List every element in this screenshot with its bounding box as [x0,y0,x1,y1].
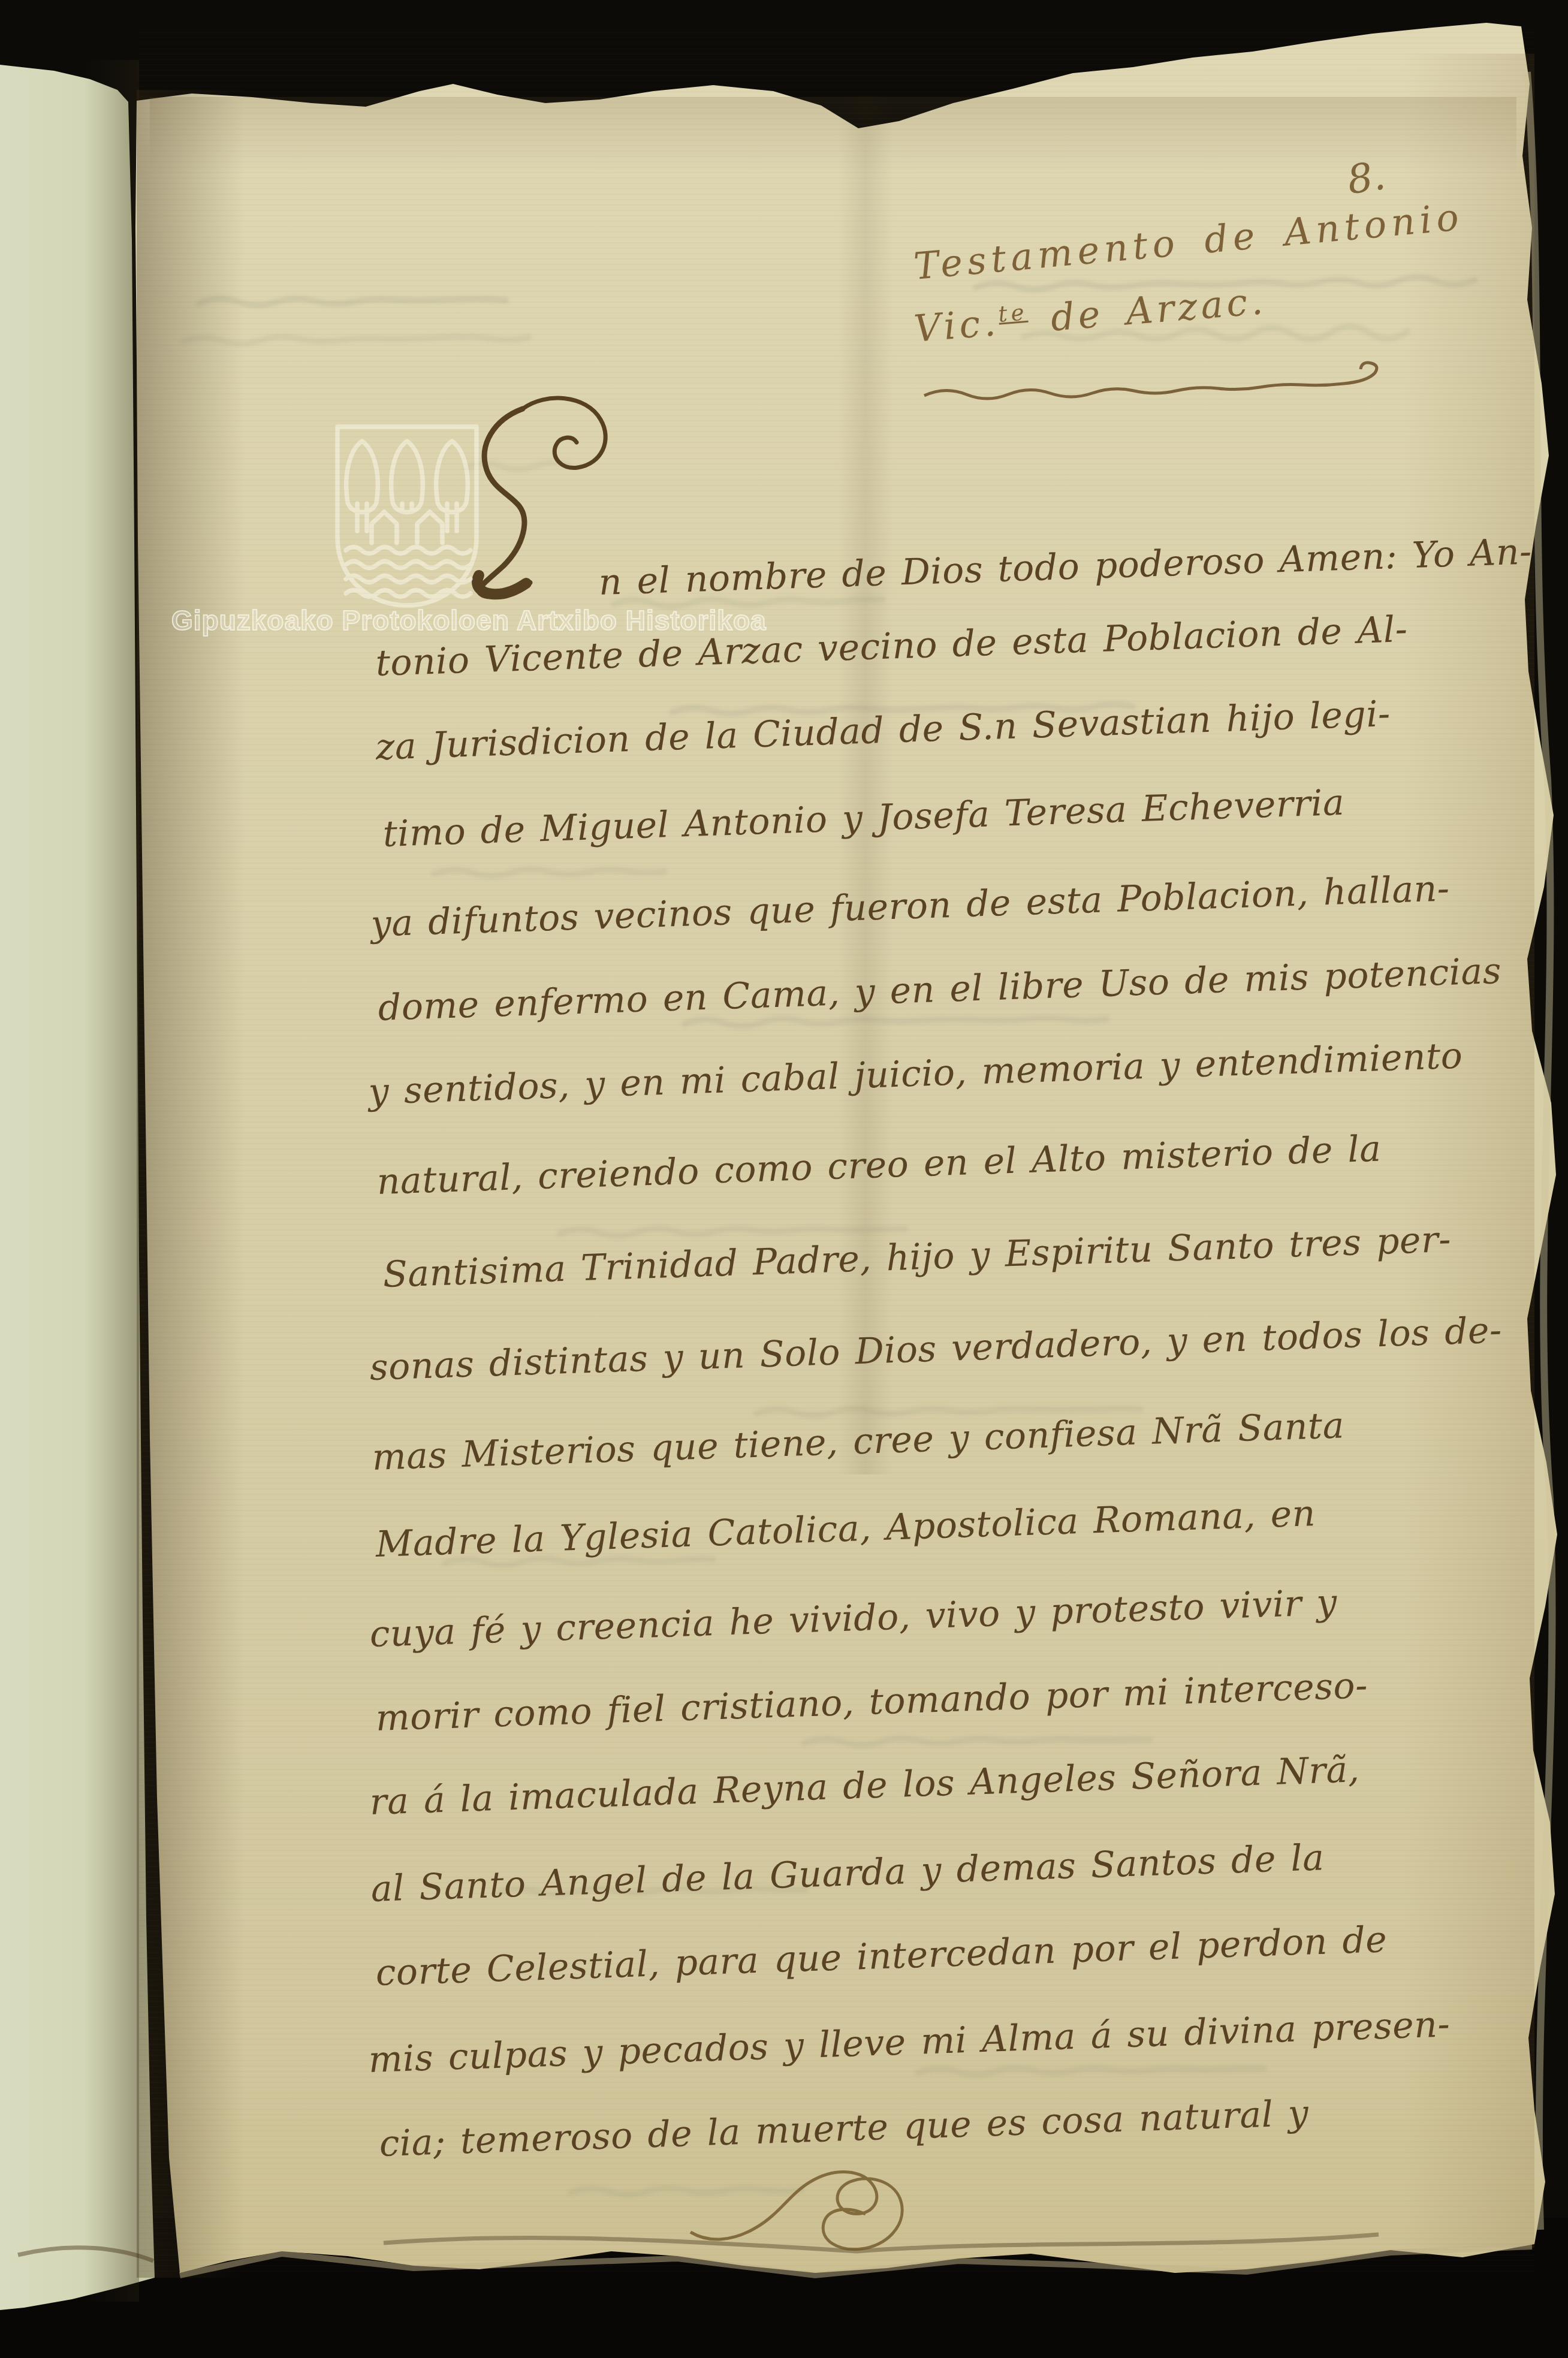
right-edge-warm-tone [1403,54,1534,2248]
manuscript-photograph: Gipuzkoako Protokoloen Artxibo Historiko… [0,0,1568,2358]
top-edge-shadow [150,97,1516,175]
heading-line-2-pre: Vic. [912,300,1000,351]
heading-line-2-superscript: te [997,298,1029,327]
facing-page-fold-shadow [84,60,139,2302]
gutter-shadow [137,90,245,2278]
watermark-text: Gipuzkoako Protokoloen Artxibo Historiko… [171,604,767,637]
page-number: 8. [1344,152,1388,203]
